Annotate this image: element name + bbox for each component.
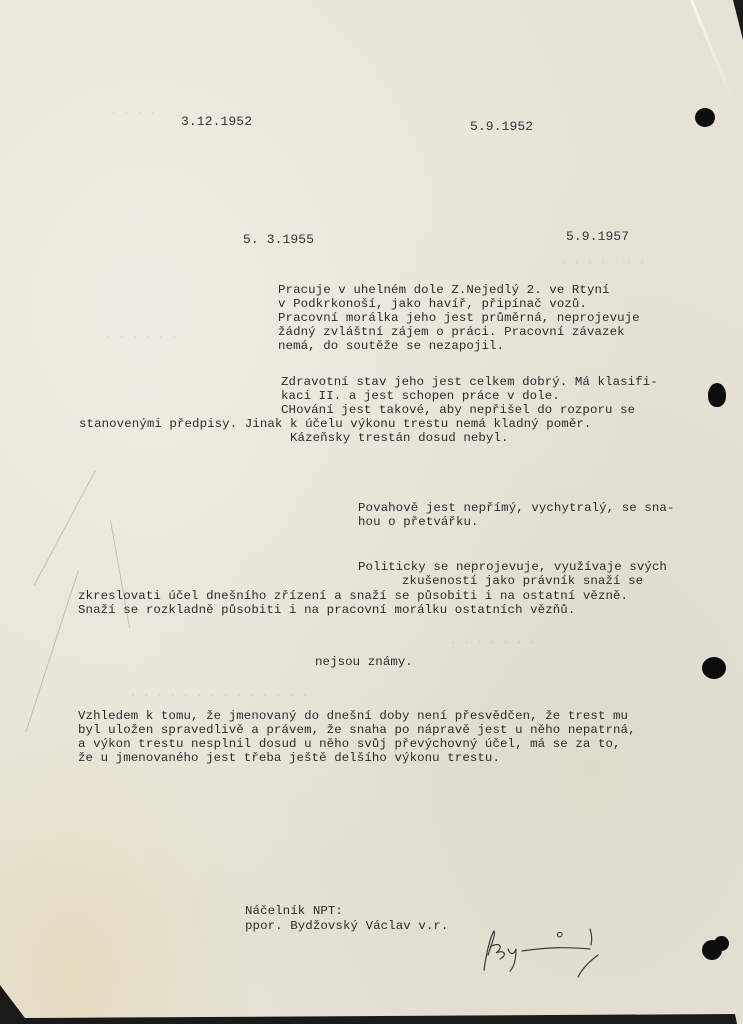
date-3: 5. 3.1955 [243,234,314,246]
text-line: Zdravotní stav jeho jest celkem dobrý. M… [281,376,658,388]
text-line: CHování jest takové, aby nepřišel do roz… [281,404,635,416]
show-through-text: . . . . . . [105,330,178,342]
date-4: 5.9.1957 [566,231,629,243]
text-line: kaci II. a jest schopen práce v dole. [281,390,560,402]
text-line: nemá, do soutěže se nezapojil. [278,340,504,352]
handwritten-signature [478,925,603,980]
date-2: 5.9.1952 [470,121,533,133]
show-through-text: . . . . . . . . . . . . . . [130,688,308,700]
punch-hole [714,936,729,951]
text-line: Politicky se neprojevuje, využívaje svýc… [358,561,667,573]
text-line: zkreslovati účel dnešního zřízení a snaž… [78,590,628,602]
signatory-title: Náčelník NPT: [245,905,343,917]
document-page: . . . . . . . . . . . . . . . . . . . . … [0,0,743,1024]
text-line: žádný zvláštní zájem o práci. Pracovní z… [278,326,625,338]
text-line: Snaží se rozkladně působiti i na pracovn… [78,604,575,616]
paper-scratch [34,470,96,585]
text-line: hou o přetvářku. [358,516,479,528]
punch-hole [708,383,726,407]
text-line: zkušeností jako právník snaží se [402,575,643,587]
text-line: Pracuje v uhelném dole Z.Nejedlý 2. ve R… [278,284,610,296]
punch-hole [695,108,715,127]
text-line: Povahově jest nepřímý, vychytralý, se sn… [358,502,675,514]
text-line: v Podkrkonoší, jako havíř, připínač vozů… [278,298,587,310]
text-line: byl uložen spravedlivě a právem, že snah… [78,724,636,736]
text-line: Pracovní morálka jeho jest průměrná, nep… [278,312,640,324]
text-line: a výkon trestu nesplnil dosud u něho svů… [78,738,621,750]
unknown-line: nejsou známy. [315,656,413,668]
show-through-text: . . . . . . . [560,255,646,267]
date-1: 3.12.1952 [181,116,252,128]
text-line: Kázeňsky trestán dosud nebyl. [290,432,509,444]
punch-hole [702,657,726,679]
text-line: že u jmenovaného jest třeba ještě delšíh… [78,752,500,764]
show-through-text: . . . . . . . [450,635,536,647]
text-line: stanovenými předpisy. Jinak k účelu výko… [79,418,591,430]
paper-scratch [25,570,78,732]
show-through-text: . . . . [110,105,156,117]
paper-crease [690,0,734,102]
signatory-name: ppor. Bydžovský Václav v.r. [245,920,448,932]
text-line: Vzhledem k tomu, že jmenovaný do dnešní … [78,710,628,722]
